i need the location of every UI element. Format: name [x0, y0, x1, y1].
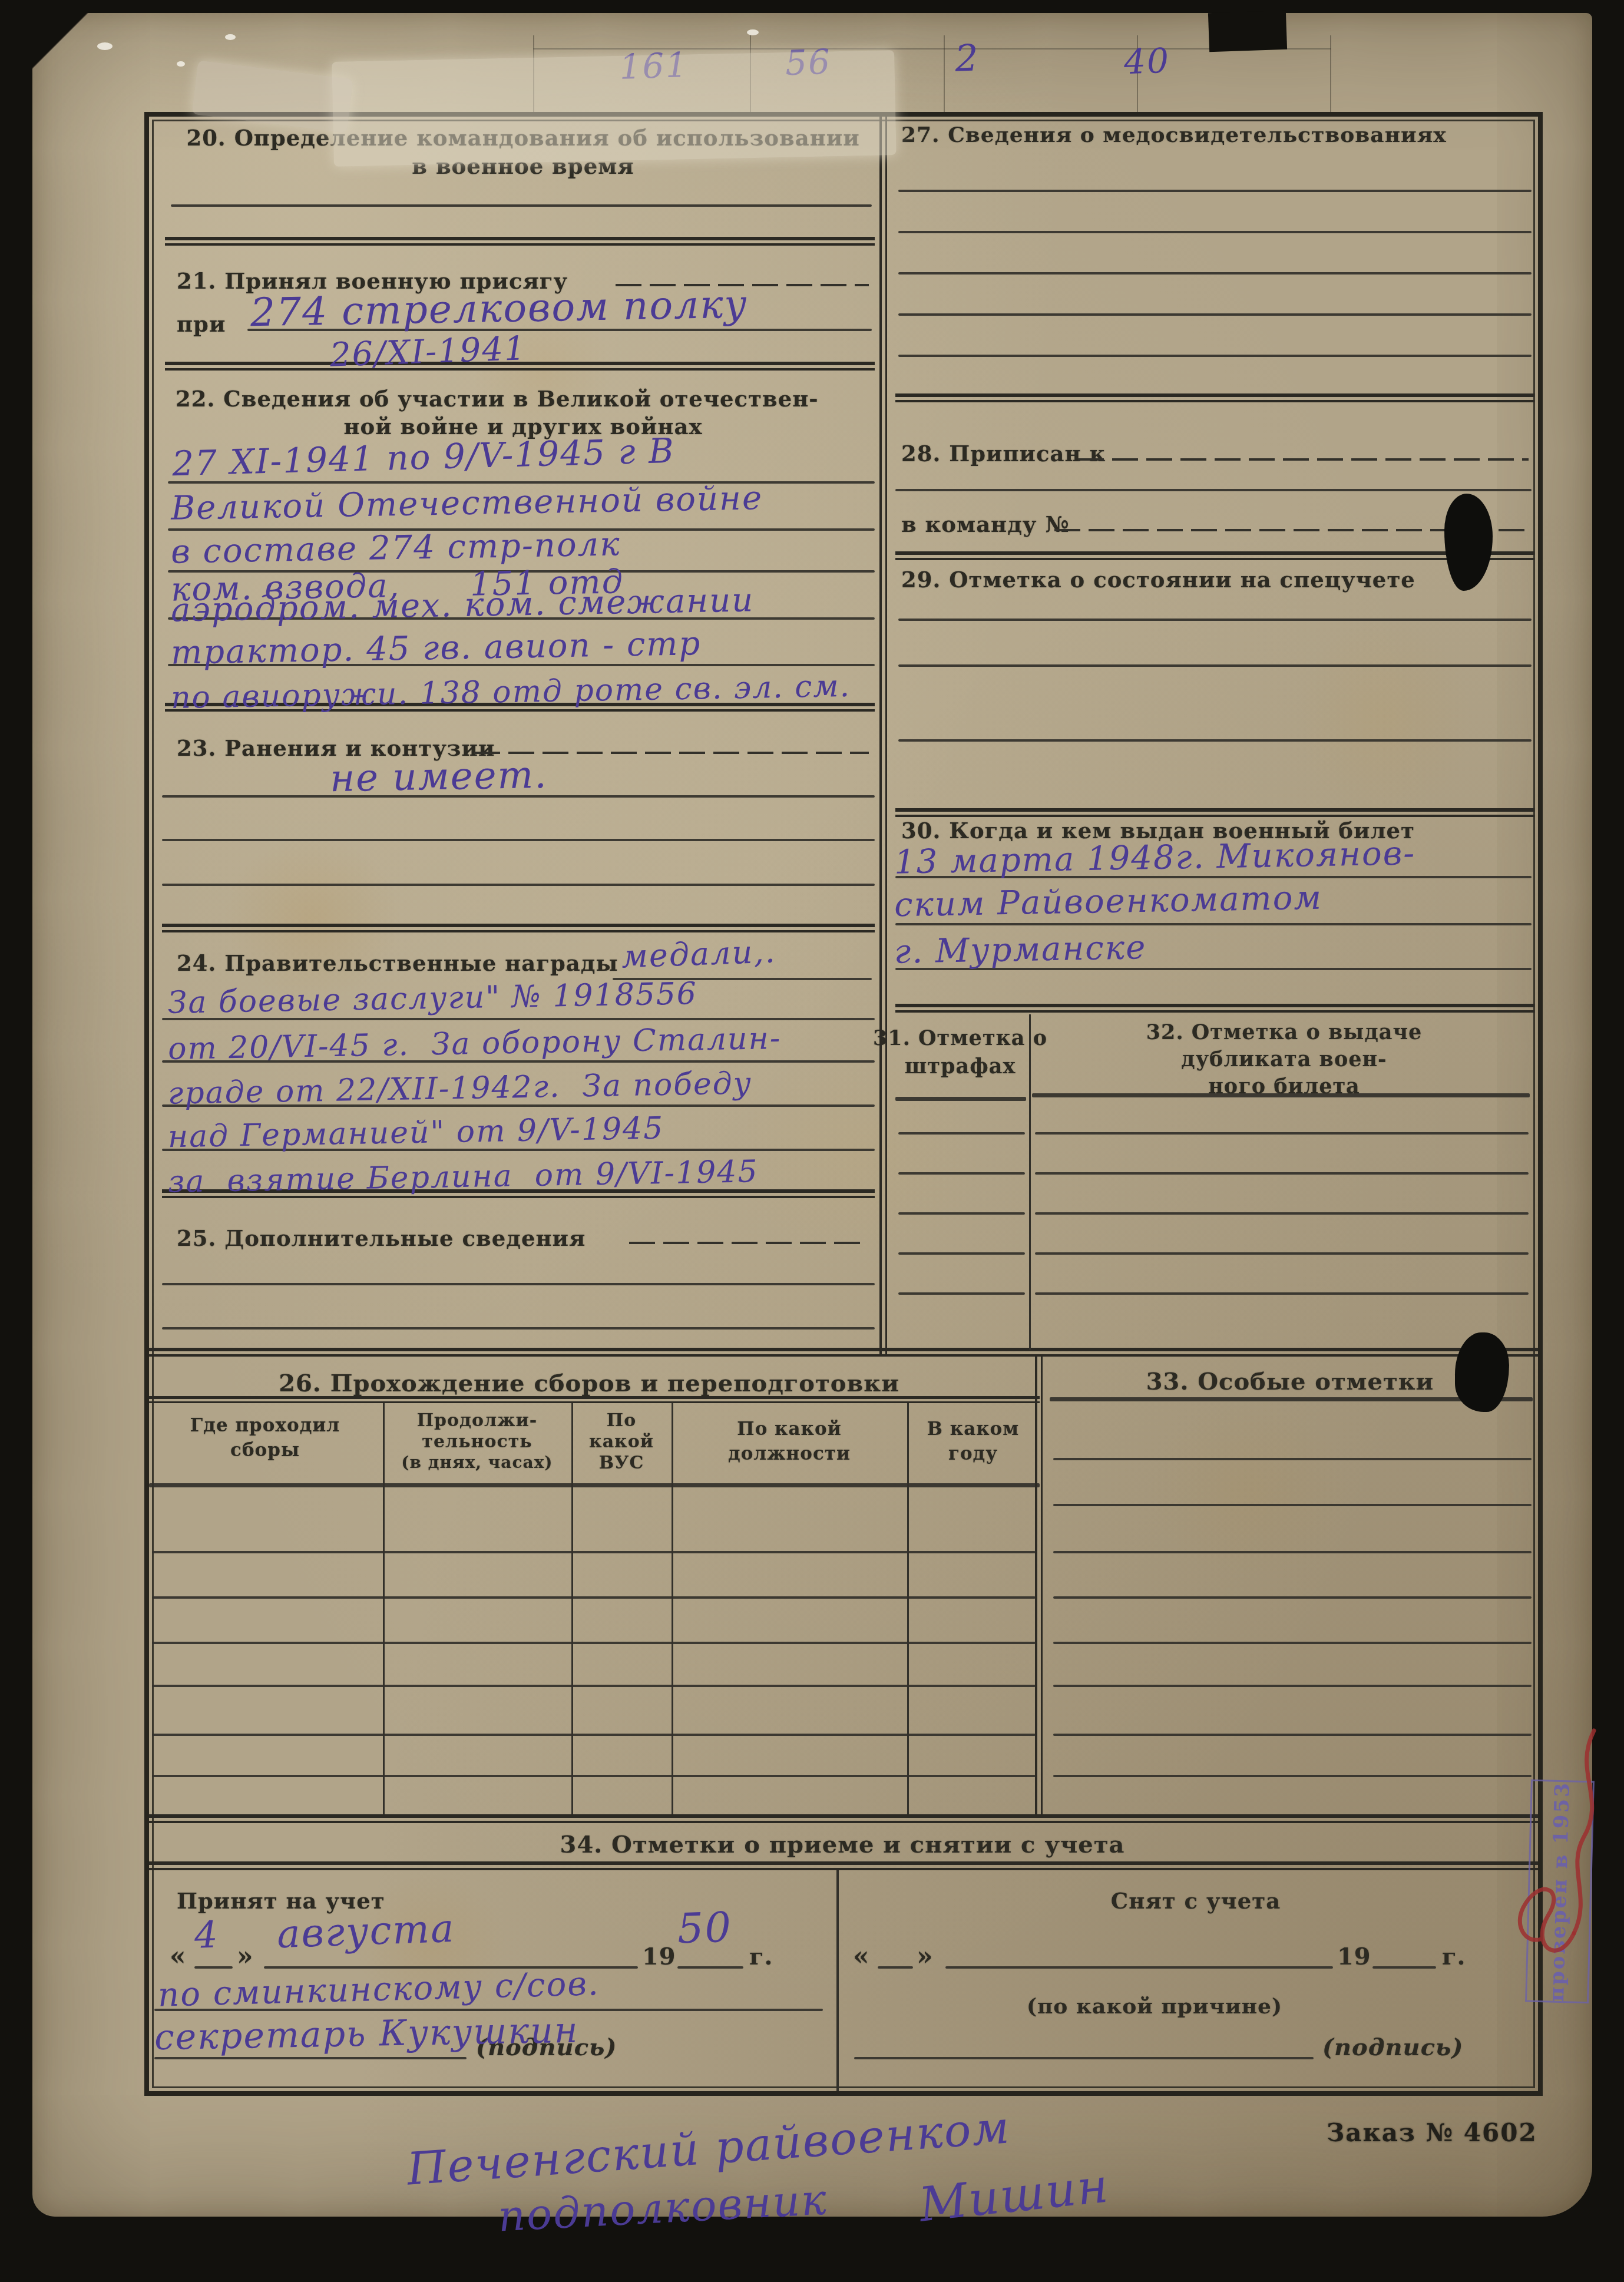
awards-handwriting-0: медали,. — [621, 932, 777, 975]
paper-speck — [97, 42, 113, 50]
rule-line — [1053, 1685, 1532, 1687]
rule-line — [162, 839, 875, 841]
accepted-day-handwriting: 4 — [194, 1913, 220, 1956]
table-header-top-rule — [149, 1396, 1040, 1403]
rule-line — [1035, 1252, 1529, 1255]
rule-line — [898, 664, 1532, 667]
accepted-year-handwriting: 50 — [677, 1903, 733, 1953]
table-column-border — [383, 1403, 385, 1816]
ticket-issue-handwriting-3: г. Мурманске — [894, 928, 1146, 971]
day-underline — [194, 1966, 233, 1969]
table-column-border — [907, 1403, 909, 1816]
rule-line — [1053, 1734, 1532, 1736]
ticket-issue-handwriting-2: ским Райвоенкоматом — [894, 879, 1322, 925]
rule-line — [895, 489, 1532, 491]
rule-line — [1053, 1458, 1532, 1460]
table-column-border — [672, 1403, 673, 1816]
rule-line — [854, 2057, 1314, 2059]
rule-line — [162, 1327, 875, 1329]
table-row-line — [152, 1551, 1036, 1553]
rule-line — [898, 231, 1532, 233]
section-34-divider — [836, 1870, 839, 2091]
table-header-bottom-rule — [149, 1483, 1040, 1487]
top-cell-border — [944, 35, 945, 112]
rule-line — [898, 1132, 1025, 1135]
rule-line — [898, 1172, 1025, 1175]
section-divider-full — [149, 1348, 1538, 1357]
table-row-line — [152, 1596, 1036, 1599]
rule-line — [1053, 1642, 1532, 1644]
section-divider — [895, 551, 1534, 560]
rule-line — [898, 739, 1532, 742]
rule-line — [895, 923, 1532, 925]
secretary-signature-handwriting: секретарь Кукушкин — [154, 2010, 578, 2059]
rule-line — [898, 272, 1532, 274]
top-number-3: 2 — [954, 36, 980, 80]
special-marks-left-border — [1035, 1356, 1043, 1816]
rule-line — [162, 1283, 875, 1285]
military-registration-card-scan: 161 56 2 40 20. Определение командования… — [0, 0, 1624, 2282]
year-underline-right — [1372, 1966, 1436, 1969]
rule-line — [898, 355, 1532, 357]
rule-line — [1035, 1212, 1529, 1215]
table-row-line — [152, 1775, 1036, 1777]
rule-line — [1032, 1093, 1530, 1097]
rule-line — [898, 313, 1532, 316]
wounds-handwriting: не имеет. — [329, 753, 548, 801]
section-divider — [895, 808, 1534, 817]
table-column-border — [571, 1403, 573, 1816]
section-divider — [162, 924, 875, 932]
rule-line — [898, 1212, 1025, 1215]
rule-line — [1053, 1551, 1532, 1553]
oath-unit-handwriting: 274 стрелковом полку — [250, 282, 748, 336]
rule-line — [1035, 1172, 1529, 1175]
order-number-stamp: Заказ № 4602 — [1327, 2118, 1537, 2147]
rule-line — [898, 190, 1532, 192]
penalties-duplicate-divider — [1029, 1014, 1031, 1350]
tape-patch — [332, 50, 897, 167]
rule-line — [1053, 1596, 1532, 1599]
table-row-line — [152, 1734, 1036, 1736]
rule-line — [171, 204, 872, 207]
tables-bottom-rule — [149, 1814, 1538, 1823]
rule-line — [1035, 1292, 1529, 1295]
rule-line — [898, 619, 1532, 621]
section-divider — [895, 393, 1534, 402]
rule-line — [1035, 1132, 1529, 1135]
red-ink-signature — [1484, 1720, 1614, 1997]
section-34-header-rule — [149, 1861, 1538, 1870]
paper-speck — [747, 29, 759, 35]
rule-line — [895, 1097, 1026, 1101]
section-divider — [895, 1004, 1534, 1013]
table-row-line — [152, 1685, 1036, 1687]
dotted-rule — [1078, 458, 1529, 461]
ink-blot — [1455, 1332, 1509, 1412]
section-divider — [165, 237, 875, 246]
dotted-rule — [629, 1242, 868, 1244]
month-underline-right — [945, 1966, 1333, 1969]
paper-speck — [177, 61, 185, 67]
corner-shadow — [32, 13, 159, 81]
top-cell-border — [1330, 35, 1331, 112]
day-underline-right — [878, 1966, 913, 1969]
rule-line — [162, 884, 875, 886]
photo-corner-notch — [1208, 11, 1287, 52]
oath-date-handwriting: 26/XI-1941 — [329, 329, 527, 375]
paper-speck — [225, 34, 236, 40]
accepted-month-handwriting: августа — [276, 1906, 456, 1957]
rule-line — [898, 1252, 1025, 1255]
top-number-4: 40 — [1123, 41, 1170, 82]
table-row-line — [152, 1642, 1036, 1644]
year-underline — [677, 1966, 743, 1969]
rule-line — [1053, 1775, 1532, 1777]
center-column-divider — [879, 117, 887, 1356]
rule-line — [898, 1292, 1025, 1295]
rule-line — [1053, 1504, 1532, 1506]
